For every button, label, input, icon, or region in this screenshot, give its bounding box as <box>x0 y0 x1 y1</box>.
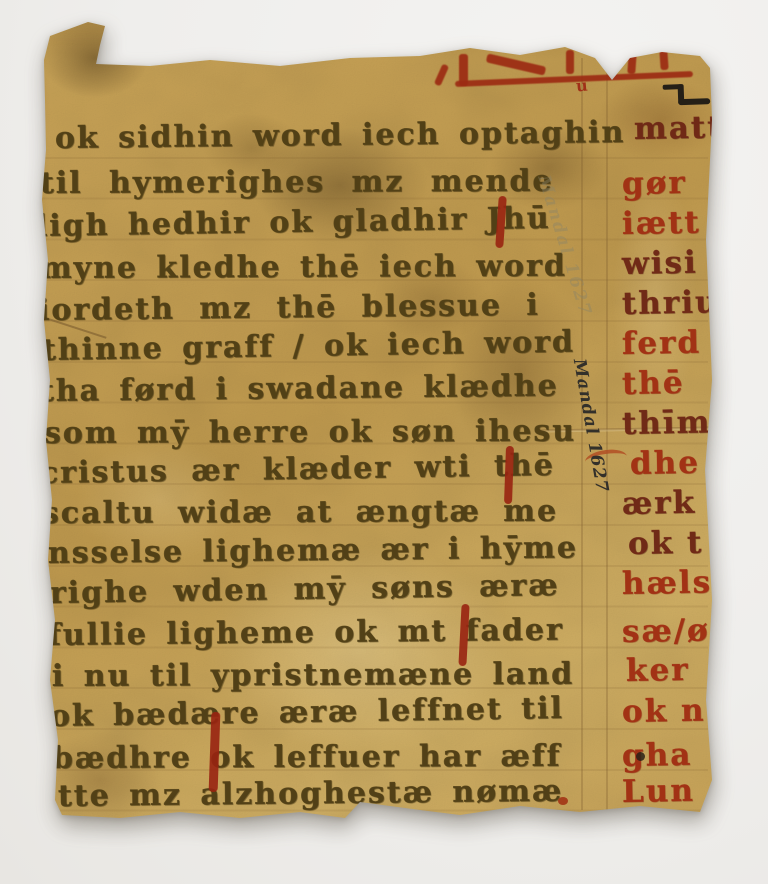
rubric-penwork-stub <box>659 50 668 71</box>
margin-line: Lun <box>622 773 695 810</box>
margin-line: thē <box>622 365 685 402</box>
margin-line: thriu <box>622 284 720 322</box>
text-line: bædhre ok leffuer har æff <box>52 739 562 776</box>
text-line: fullie ligheme ok mt fader <box>48 613 564 653</box>
margin-line: sæ/ø <box>622 612 710 650</box>
margin-line: gør <box>622 165 687 202</box>
text-line: tha førd i swadane klædhe <box>40 369 559 409</box>
rubric-penwork-stub <box>627 52 637 75</box>
parchment-shadow-wrap: u ok sidhin word iech optaghin til hymer… <box>0 0 768 884</box>
margin-line: matt <box>634 109 724 147</box>
margin-line: hæls <box>622 564 713 602</box>
margin-line: ker <box>626 652 690 689</box>
text-line: ok sidhin word iech optaghin <box>55 115 626 156</box>
black-pen-mark <box>661 81 712 111</box>
margin-line: ok n <box>622 693 706 730</box>
margin-line: ferd <box>622 325 702 362</box>
ink-blot-dot <box>636 752 645 761</box>
margin-line: iætt <box>622 205 701 242</box>
margin-line: gha <box>622 737 693 774</box>
text-line: scaltu widæ at ængtæ me <box>42 494 558 531</box>
margin-line: dhe <box>630 445 701 482</box>
text-line: tte mz alzhoghestæ nømæ <box>58 774 564 814</box>
margin-line: wisi <box>622 245 698 282</box>
text-line: til hymerighes mz mende <box>40 164 554 201</box>
red-u-mark: u <box>575 76 588 96</box>
text-line: som mȳ herre ok søn ihesu <box>44 414 576 451</box>
parchment-fragment: u ok sidhin word iech optaghin til hymer… <box>0 0 768 884</box>
text-line: iordeth mz thē blessue i <box>38 288 540 328</box>
red-period-dot <box>558 797 568 805</box>
text-line: myne kledhe thē iech word <box>40 249 567 286</box>
margin-line: ærk <box>622 485 697 522</box>
margin-line: thīm <box>622 404 712 442</box>
text-line: i nu til ypristnemæne land <box>52 657 574 694</box>
photo-backdrop: u ok sidhin word iech optaghin til hymer… <box>0 0 768 884</box>
black-pen-mark-stroke <box>678 98 710 105</box>
text-line: nsselse lighemæ ær i hȳme <box>48 530 578 571</box>
rubric-penwork-stub <box>566 50 574 74</box>
margin-line: ok t <box>628 525 704 562</box>
